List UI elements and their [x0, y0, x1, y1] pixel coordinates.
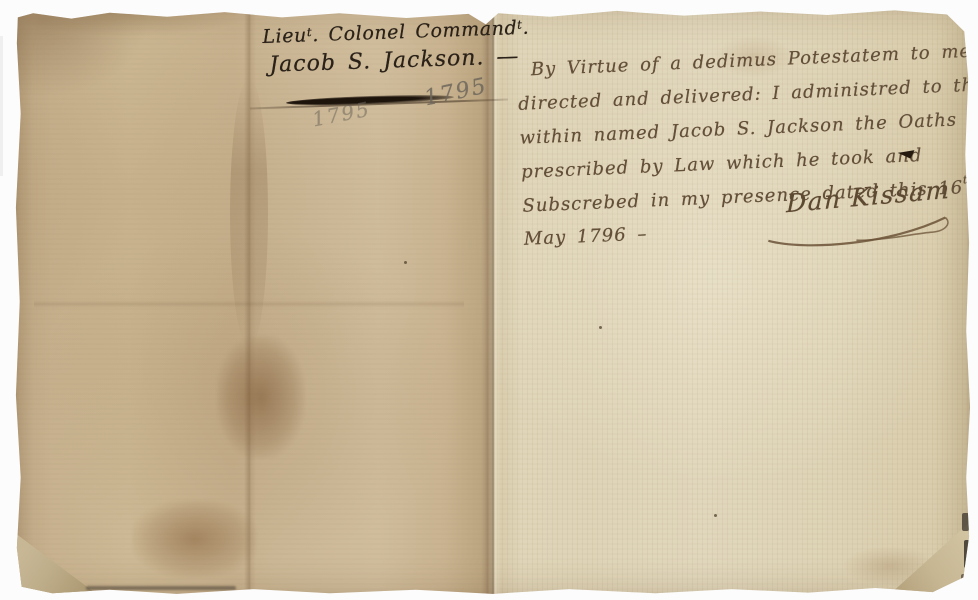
edge-damage-mark [962, 513, 969, 531]
docket-text: . [522, 17, 529, 39]
stain [217, 336, 305, 458]
paper-sheet: Lieut. Colonel Commandt. Jacob S. Jackso… [14, 8, 971, 595]
docket-text: . Colonel Command [312, 17, 518, 46]
stain [132, 500, 257, 578]
speck [599, 326, 602, 329]
folded-corner-bottom-left [14, 531, 98, 595]
folded-corner-bottom-right [889, 521, 971, 595]
docket-line-rank: Lieut. Colonel Commandt. [262, 17, 530, 48]
docket-block: Lieut. Colonel Commandt. Jacob S. Jackso… [262, 17, 531, 78]
speck [714, 514, 717, 517]
edge-damage-mark [964, 540, 970, 568]
docket-text: Lieu [262, 24, 307, 48]
pencil-year: 1795 [422, 74, 490, 112]
horizontal-crease [34, 300, 464, 308]
speck [404, 261, 407, 264]
superscript [970, 37, 971, 50]
body-text: May 1796 – [524, 224, 648, 250]
body-text [971, 41, 972, 62]
scan-edge-artifact [0, 36, 3, 176]
edge-shadow-streak [86, 586, 236, 590]
scanned-document-image: Lieut. Colonel Commandt. Jacob S. Jackso… [0, 0, 978, 600]
edge-damage-mark [961, 574, 968, 585]
superscript: th [963, 172, 977, 186]
